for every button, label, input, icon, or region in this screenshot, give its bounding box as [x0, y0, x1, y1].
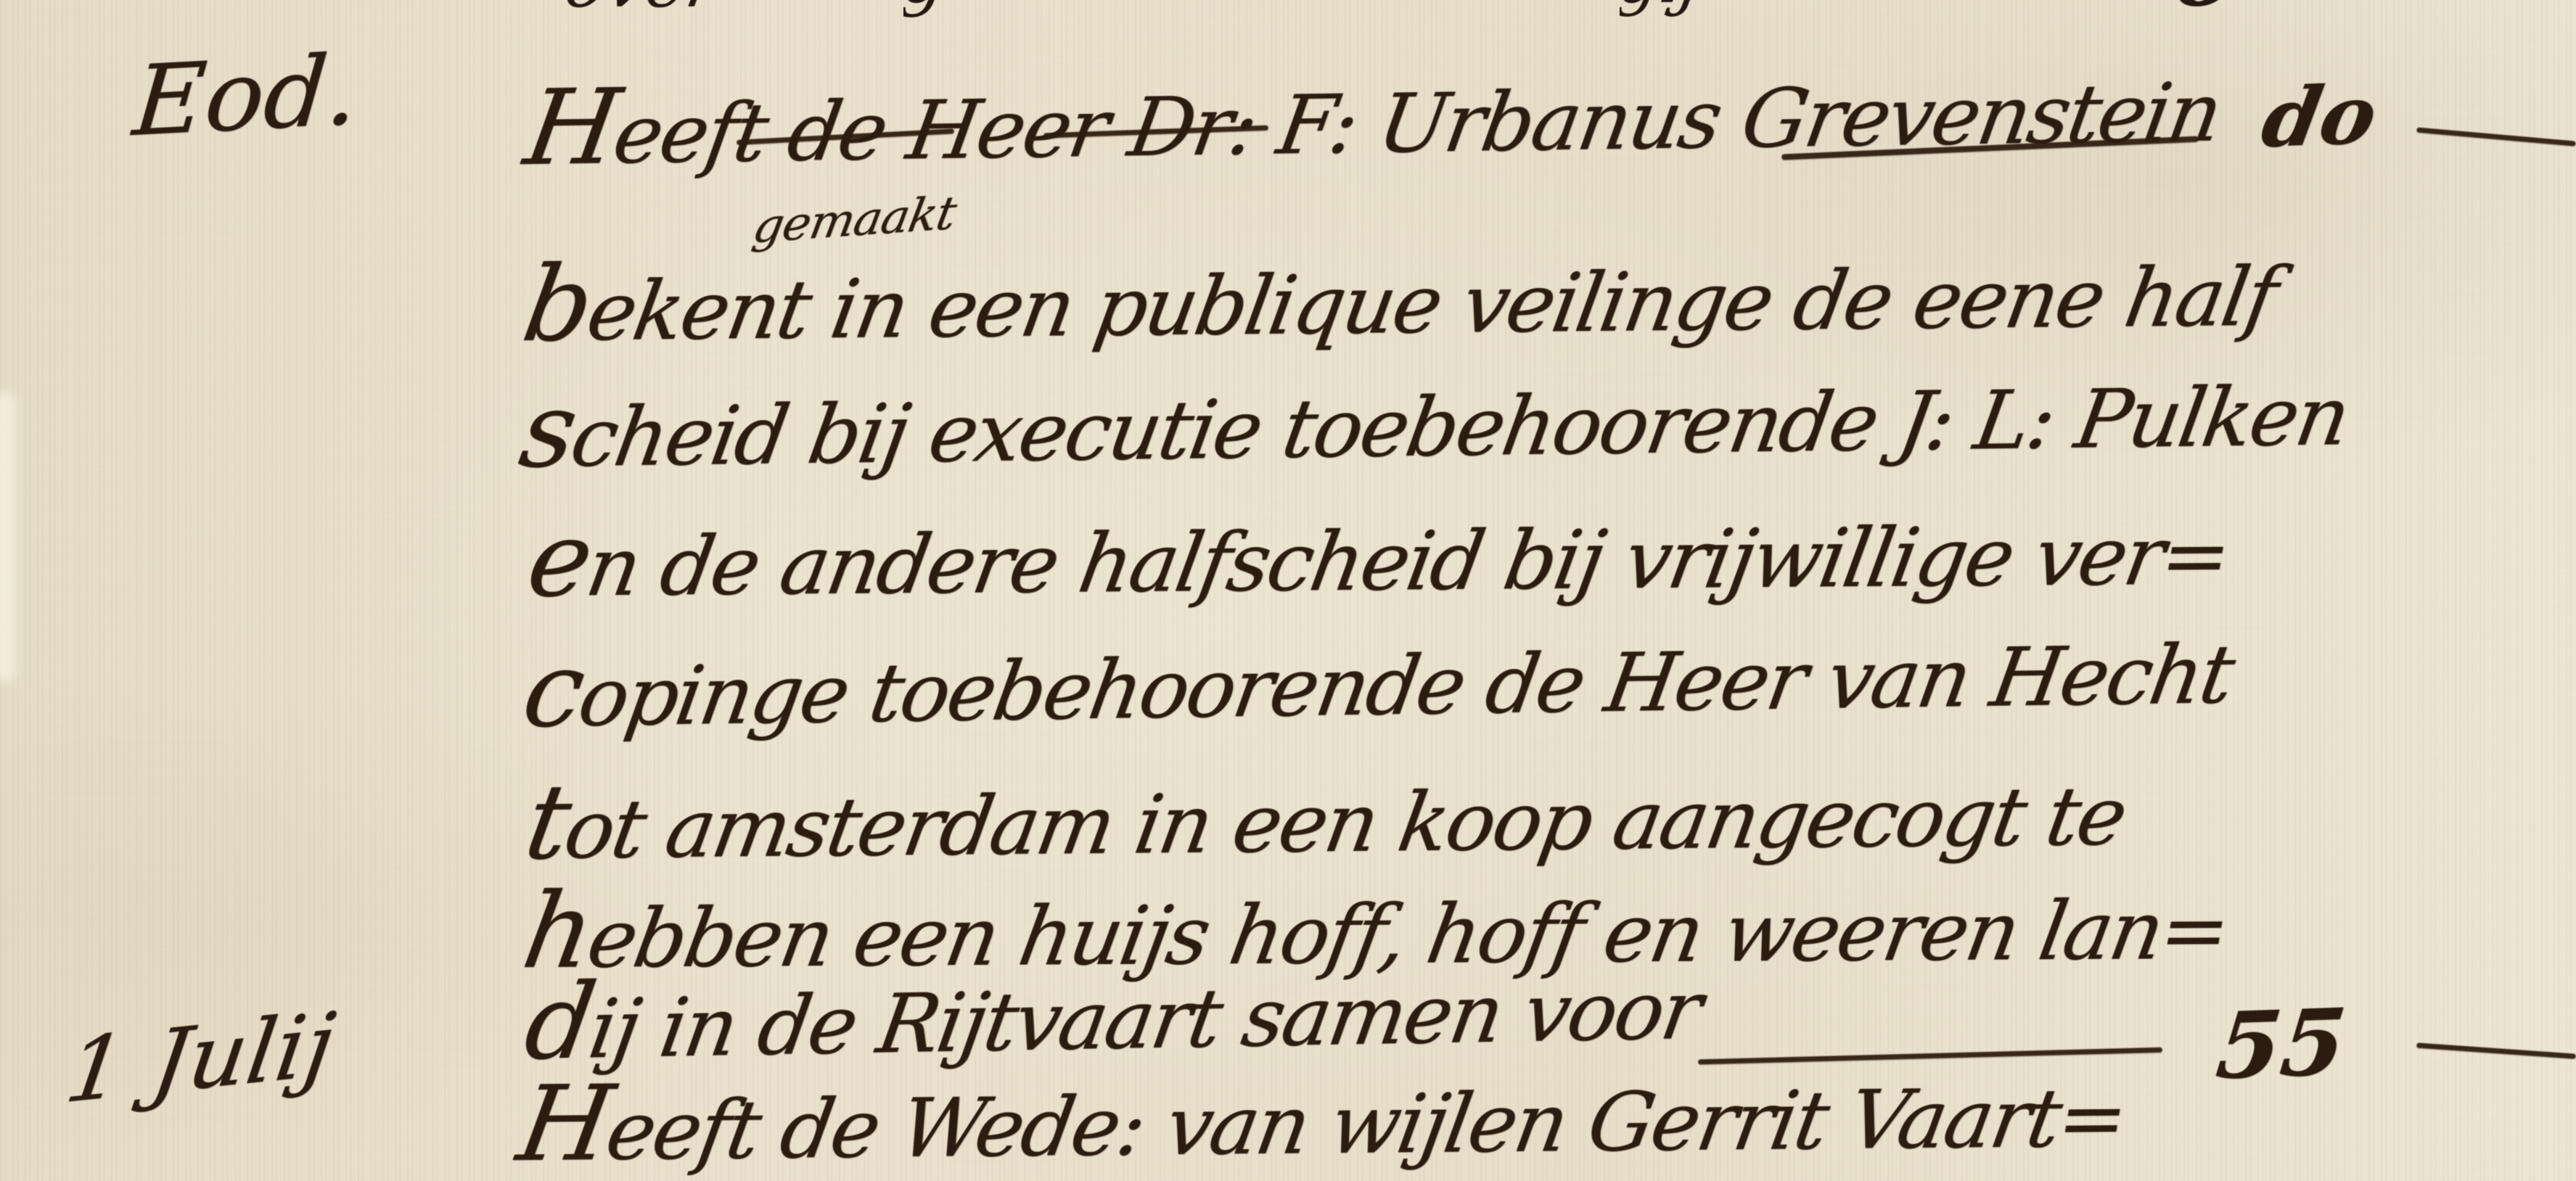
entry-line: Heeft de Wede: van wijlen Gerrit Vaart= [512, 1058, 2135, 1177]
scan-edge-artifact [0, 392, 16, 682]
entry-line: dij in de Rijtvaart samen voor [519, 950, 1709, 1074]
previous-line-fragment-glyphs: o [2177, 0, 2245, 20]
entry-line: tot amsterdam in een koop aangecogt te [519, 757, 2134, 875]
manuscript-page: over g gij o do Eod. 1 Julij Heeft de He… [0, 0, 2576, 1181]
previous-line-fragment-glyphs: g [903, 0, 953, 14]
amount-fill-dash [2416, 1042, 2576, 1058]
previous-line-fragment-glyphs: over [566, 0, 726, 18]
amount-ditto-mark: do [2255, 67, 2384, 166]
previous-line-fragment: g [903, 0, 969, 30]
entry-line: scheid bij executie toebehoorende J: L: … [514, 356, 2357, 482]
entry-line: Heeft de Heer Dr: F: Urbanus Grevenstein [519, 53, 2229, 181]
margin-date-eodem: Eod. [129, 33, 363, 158]
previous-line-fragment: over [566, 0, 737, 35]
amount-fill-dash [2416, 127, 2576, 146]
entry-line: copinge toebehoorende de Heer van Hecht [517, 614, 2241, 742]
amount-value: 55 [2212, 988, 2351, 1100]
entry-line: en de andere halfscheid bij vrijwillige … [521, 496, 2238, 612]
margin-date-1-july: 1 Julij [60, 993, 341, 1123]
previous-line-fragment: o [2177, 0, 2268, 33]
interlinear-insertion: gemaakt [749, 186, 960, 254]
previous-line-fragment-glyphs: gij [1620, 0, 1708, 13]
entry-line: bekent in een publique veilinge de eene … [517, 237, 2284, 356]
previous-line-fragment: gij [1620, 0, 1725, 35]
